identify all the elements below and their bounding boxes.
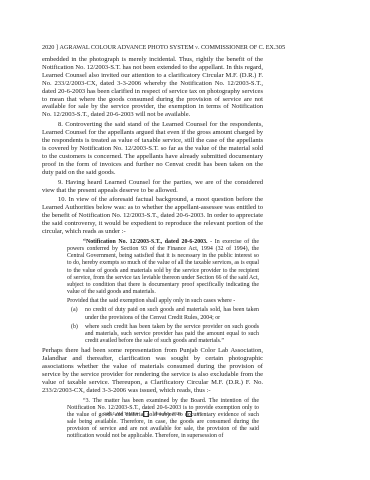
- paragraph-8: 8. Controverting the said stand of the L…: [42, 121, 263, 176]
- circular-quote: “3. The matter has been examined by the …: [67, 398, 259, 441]
- paragraph-continued: embedded in the photograph is merely inc…: [42, 56, 263, 119]
- square-separator-icon: [143, 411, 149, 417]
- header-year: 2020 ]: [42, 44, 58, 51]
- footer-date: 16th July 2020: [154, 411, 181, 416]
- document-page: 2020 ] AGRAWAL COLOUR ADVANCE PHOTO SYST…: [42, 44, 263, 441]
- footer-page: 67: [197, 411, 202, 416]
- list-label: (b): [67, 324, 85, 345]
- square-separator-icon: [186, 411, 192, 417]
- paragraph-after-quote: Perhaps there had been some representati…: [42, 347, 263, 394]
- list-text: where such credit has been taken by the …: [85, 324, 259, 345]
- list-text: no credit of duty paid on such goods and…: [85, 307, 259, 321]
- proviso-list: (a) no credit of duty paid on such goods…: [67, 307, 259, 345]
- page-footer: GST LAW TIMES 16th July 2020 67: [42, 411, 263, 417]
- notification-title: “Notification No. 12/2003-S.T., dated 20…: [83, 239, 208, 245]
- circular-text: “3. The matter has been examined by the …: [67, 398, 259, 441]
- header-left: 2020 ] AGRAWAL COLOUR ADVANCE PHOTO SYST…: [42, 44, 275, 52]
- notification-body: - In exercise of the powers conferred by…: [67, 239, 259, 295]
- list-item: (b) where such credit has been taken by …: [67, 324, 259, 345]
- page-number: 305: [275, 44, 285, 52]
- running-header: 2020 ] AGRAWAL COLOUR ADVANCE PHOTO SYST…: [42, 44, 263, 52]
- paragraph-9: 9. Having heard Learned Counsel for the …: [42, 179, 263, 195]
- list-label: (a): [67, 307, 85, 321]
- running-title: AGRAWAL COLOUR ADVANCE PHOTO SYSTEM v. C…: [60, 44, 276, 51]
- footer-publication: GST LAW TIMES: [103, 411, 138, 416]
- proviso: Provided that the said exemption shall a…: [67, 298, 259, 305]
- list-item: (a) no credit of duty paid on such goods…: [67, 307, 259, 321]
- notification-text: “Notification No. 12/2003-S.T., dated 20…: [67, 239, 259, 296]
- paragraph-10: 10. In view of the aforesaid factual bac…: [42, 196, 263, 236]
- notification-quote: “Notification No. 12/2003-S.T., dated 20…: [67, 239, 259, 345]
